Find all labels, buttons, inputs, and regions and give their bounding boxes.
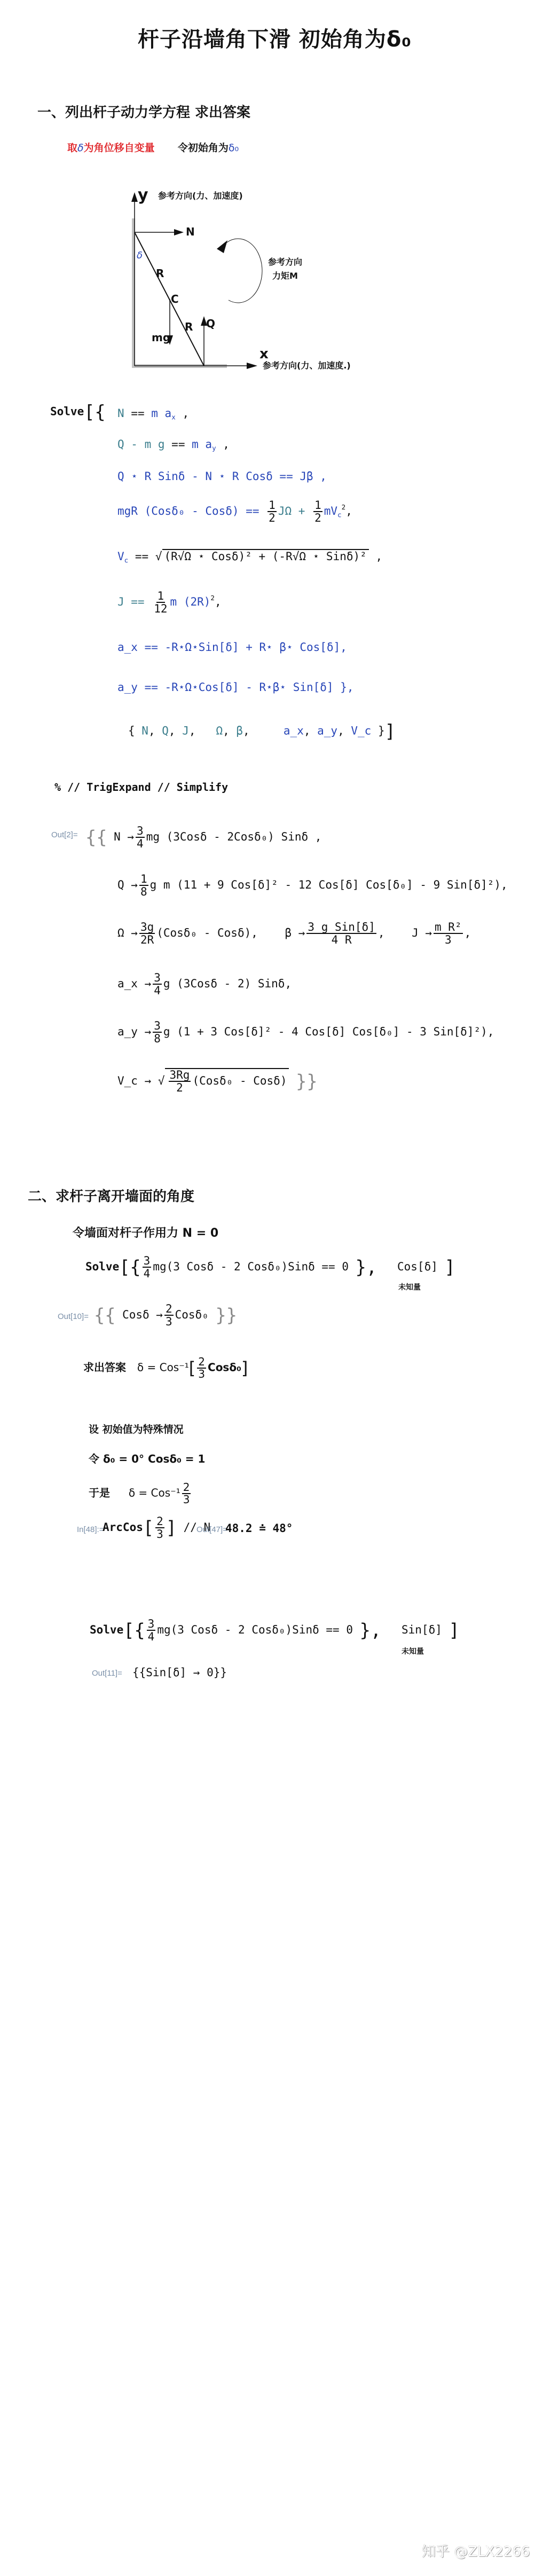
equation-6: J == 112m (2R)2,	[117, 590, 222, 615]
note-black-text: 令初始角为	[178, 142, 229, 154]
moment-m-label: 力矩M	[272, 269, 298, 281]
out47-value: 48.2 ≐ 48°	[225, 1522, 293, 1535]
note-delta: δ	[77, 142, 84, 154]
note-red-prefix: 取	[67, 142, 77, 154]
unknown-note-cos: 未知量	[398, 1282, 421, 1292]
equation-1: N == m ax ,	[117, 407, 189, 421]
y-axis-label: y	[138, 186, 148, 205]
section2-heading: 二、求杆子离开墙面的角度	[28, 1185, 194, 1205]
moment-reference-label: 参考方向	[268, 255, 302, 268]
rod-diagram-svg	[123, 182, 486, 384]
out2-N: {{ N →34mg (3Cosδ - 2Cosδ₀) Sinδ ,	[85, 825, 321, 850]
force-n-label: N	[186, 225, 195, 238]
note-red-text: 为角位移自变量	[84, 142, 155, 154]
out2-ay: a_y →38g (1 + 3 Cos[δ]² - 4 Cos[δ] Cos[δ…	[117, 1020, 494, 1044]
y-reference-label: 参考方向(力、加速度)	[158, 189, 243, 201]
out2-Omega-beta-J: Ω →3g2R(Cosδ₀ - Cosδ), β →3 g Sin[δ]4 R,…	[117, 921, 471, 946]
solve-function: Solve	[50, 405, 84, 418]
solve-cos-cell[interactable]: Solve[{34mg(3 Cosδ - 2 Cosδ₀)Sinδ == 0 }…	[85, 1255, 455, 1279]
solve-sin-cell[interactable]: Solve[{34mg(3 Cosδ - 2 Cosδ₀)Sinδ == 0 }…	[90, 1618, 460, 1643]
out2-label: Out[2]=	[51, 830, 78, 839]
out2-ax: a_x →34g (3Cosδ - 2) Sinδ,	[117, 972, 292, 996]
x-reference-label: 参考方向(力、加速度.)	[263, 359, 351, 371]
force-q-label: Q	[206, 317, 215, 330]
thus-row: 于是 δ = Cos⁻¹23	[89, 1482, 192, 1505]
out11-value: {{Sin[δ] → 0}}	[132, 1666, 227, 1679]
rod-r-bottom-label: R	[185, 320, 193, 333]
rod-r-top-label: R	[156, 267, 164, 280]
page-title: 杆子沿墙角下滑 初始角为δ₀	[138, 22, 412, 53]
equation-5: Vc == √(R√Ω ⋆ Cosδ)² + (-R√Ω ⋆ Sinδ)² ,	[117, 549, 382, 564]
section1-heading: 一、列出杆子动力学方程 求出答案	[37, 101, 250, 121]
solve-variable-list: { N, Q, J, Ω, β, a_x, a_y, V_c }]	[128, 721, 396, 742]
unknown-note-sin: 未知量	[402, 1646, 424, 1656]
center-c-label: C	[171, 293, 179, 305]
equation-3: Q ⋆ R Sinδ - N ⋆ R Cosδ == Jβ ,	[117, 470, 327, 483]
out2-Q: Q →18g m (11 + 9 Cos[δ]² - 12 Cos[δ] Cos…	[117, 873, 508, 898]
answer-row: 求出答案 δ = Cos⁻¹[23Cosδ₀]	[83, 1356, 248, 1380]
equation-2: Q - m g == m ay ,	[117, 438, 230, 452]
in48-label: In[48]:=	[77, 1525, 104, 1534]
initial-value-let: 令 δ₀ = 0° Cosδ₀ = 1	[89, 1450, 205, 1466]
force-mg-label: mg	[152, 331, 170, 344]
equation-4: mgR (Cosδ₀ - Cosδ) == 12JΩ + 12mVc2,	[117, 499, 352, 524]
equation-8: a_y == -R⋆Ω⋆Cos[δ] - R⋆β⋆ Sin[δ] },	[117, 681, 354, 694]
arccos-input-cell[interactable]: ArcCos[23] // N	[103, 1515, 210, 1540]
variable-note: 取δ为角位移自变量 令初始角为δ₀	[67, 140, 239, 154]
zhihu-watermark: 知乎 @ZLX2266	[422, 2541, 530, 2561]
out10-label: Out[10]=	[58, 1312, 89, 1321]
solve-input-cell[interactable]: Solve[{	[50, 402, 106, 422]
note-delta0: δ₀	[229, 142, 239, 154]
n-zero-condition: 令墙面对杆子作用力 N = 0	[73, 1224, 218, 1240]
angle-delta-label: δ	[137, 250, 143, 261]
out47-label: Out[47]=	[196, 1525, 227, 1534]
equation-7: a_x == -R⋆Ω⋆Sin[δ] + R⋆ β⋆ Cos[δ],	[117, 641, 347, 654]
special-case-heading: 设 初始值为特殊情况	[89, 1421, 184, 1436]
force-diagram: y 参考方向(力、加速度) N δ R C R Q mg x 参考方向(力、加速…	[123, 182, 486, 384]
out10-result: {{ Cosδ →23Cosδ₀ }}	[94, 1303, 237, 1328]
out11-label: Out[11]=	[92, 1669, 122, 1678]
trigexpand-simplify-cell[interactable]: % // TrigExpand // Simplify	[54, 781, 228, 794]
out2-Vc: V_c → √3Rg2(Cosδ₀ - Cosδ) }}	[117, 1068, 318, 1094]
